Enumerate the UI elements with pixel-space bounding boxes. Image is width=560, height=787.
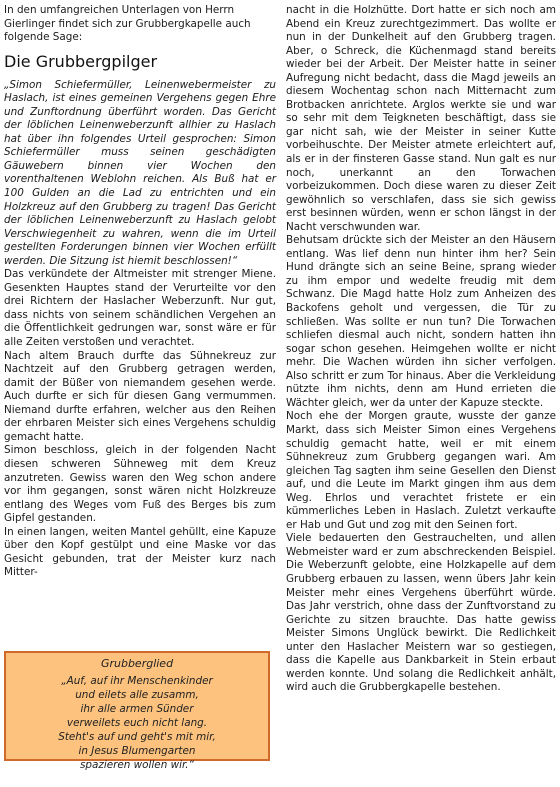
song-line: „Auf, auf ihr Menschenkinder [6,674,268,688]
song-title: Grubberglied [6,657,268,671]
article-title: Die Grubbergpilger [4,52,276,72]
song-line: verweilets euch nicht lang. [6,716,268,730]
paragraph: nacht in die Holzhütte. Dort hatte er si… [286,4,556,234]
song-line: in Jesus Blumengarten [6,744,268,758]
song-line: ihr alle armen Sünder [6,702,268,716]
paragraph: In einen langen, weiten Mantel gehüllt, … [4,526,276,580]
intro-text: In den umfangreichen Unterlagen von Herr… [4,4,276,45]
paragraph: Noch ehe der Morgen graute, wusste der g… [286,410,556,532]
song-line: Steht's auf und geht's mit mir, [6,730,268,744]
left-column: In den umfangreichen Unterlagen von Herr… [4,4,276,580]
right-column: nacht in die Holzhütte. Dort hatte er si… [286,4,556,695]
paragraph: Simon beschloss, gleich in der folgenden… [4,444,276,525]
song-line: und eilets alle zusamm, [6,688,268,702]
verdict-quote: „Simon Schiefermüller, Leinenwebermeiste… [4,79,276,269]
paragraph: Viele bedauerten den Gestrauchelten, und… [286,532,556,695]
song-line: spazieren wollen wir.“ [6,758,268,772]
song-box: Grubberglied „Auf, auf ihr Menschenkinde… [4,651,270,761]
paragraph: Behutsam drückte sich der Meister an den… [286,234,556,410]
paragraph: Nach altem Brauch durfte das Sühnekreuz … [4,350,276,445]
paragraph: Das verkündete der Altmeister mit streng… [4,268,276,349]
